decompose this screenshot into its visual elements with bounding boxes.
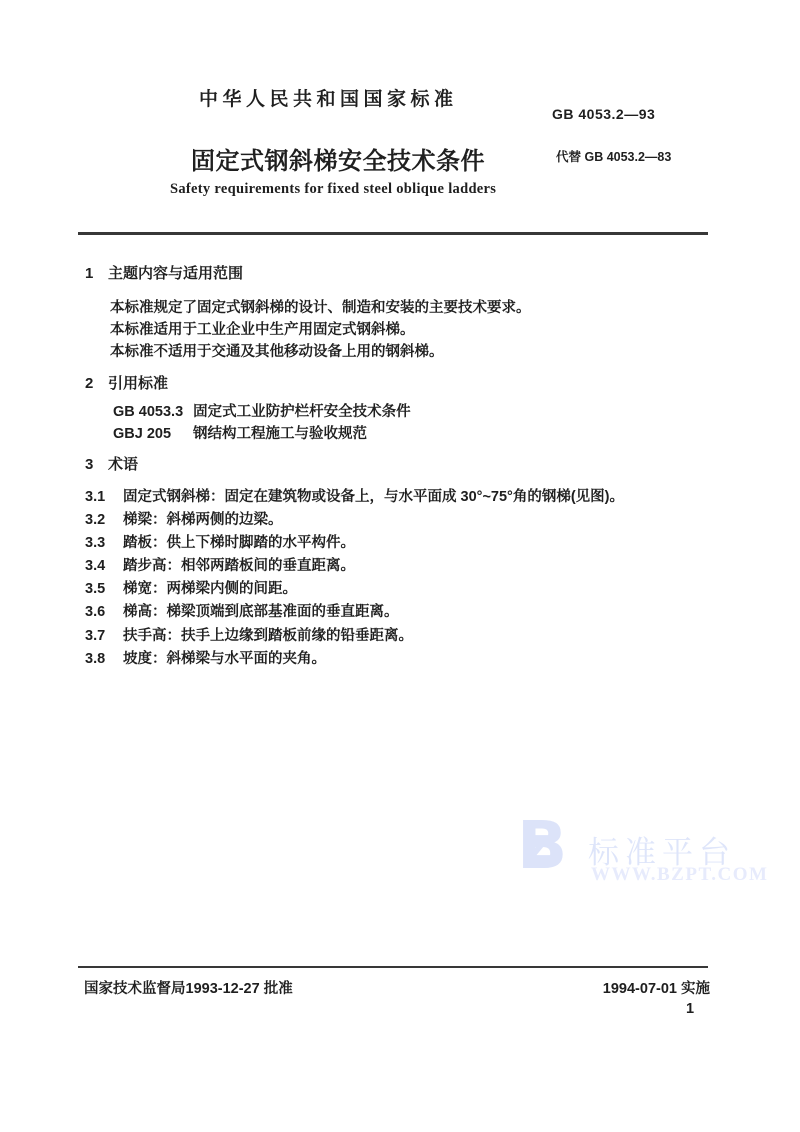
term-item: 3.3踏板：供上下梯时脚踏的水平构件。 [85,531,355,552]
footer-rule [78,966,708,968]
section-3-heading: 3术语 [85,453,138,474]
reference-item: GBJ 205钢结构工程施工与验收规范 [113,422,367,443]
paragraph: 本标准适用于工业企业中生产用固定式钢斜梯。 [110,318,415,339]
term-number: 3.4 [85,558,123,574]
footer-implementation-date: 1994-07-01 实施 [603,977,710,998]
term-text: 梯宽：两梯梁内侧的间距。 [123,581,297,597]
term-text: 梯高：梯梁顶端到底部基准面的垂直距离。 [123,604,399,620]
document-page: B Z 标准平台 WWW.BZPT.COM 中华人民共和国国家标准 GB 405… [0,0,800,1132]
term-number: 3.8 [85,651,123,667]
section-number: 2 [85,375,108,392]
page-number: 1 [686,1001,694,1017]
svg-text:Z: Z [527,829,552,869]
term-number: 3.7 [85,628,123,644]
section-2-heading: 2引用标准 [85,372,168,393]
term-text: 踏步高：相邻两踏板间的垂直距离。 [123,558,355,574]
term-item: 3.5梯宽：两梯梁内侧的间距。 [85,577,297,598]
paragraph: 本标准规定了固定式钢斜梯的设计、制造和安装的主要技术要求。 [110,296,531,317]
term-number: 3.6 [85,604,123,620]
term-item: 3.8坡度：斜梯梁与水平面的夹角。 [85,647,326,668]
term-text: 扶手高：扶手上边缘到踏板前缘的铅垂距离。 [123,628,413,644]
watermark-url: WWW.BZPT.COM [591,864,768,886]
term-item: 3.1固定式钢斜梯：固定在建筑物或设备上，与水平面成 30°~75°角的钢梯(见… [85,485,624,506]
section-number: 1 [85,265,108,282]
header-rule [78,232,708,235]
term-number: 3.1 [85,489,123,505]
term-text: 踏板：供上下梯时脚踏的水平构件。 [123,535,355,551]
section-heading-text: 术语 [108,456,138,473]
footer-approval: 国家技术监督局1993-12-27 批准 [84,977,293,998]
reference-code: GB 4053.3 [113,404,183,420]
reference-code: GBJ 205 [113,426,183,442]
reference-item: GB 4053.3固定式工业防护栏杆安全技术条件 [113,400,411,421]
section-number: 3 [85,456,108,473]
national-standard-label: 中华人民共和国国家标准 [199,84,458,111]
standard-code: GB 4053.2—93 [552,106,655,122]
section-1-heading: 1主题内容与适用范围 [85,262,243,283]
term-item: 3.2梯梁：斜梯两侧的边梁。 [85,508,283,529]
term-item: 3.4踏步高：相邻两踏板间的垂直距离。 [85,554,355,575]
term-number: 3.2 [85,512,123,528]
bzpt-logo-icon: B Z [516,814,580,881]
paragraph: 本标准不适用于交通及其他移动设备上用的钢斜梯。 [110,340,444,361]
section-heading-text: 引用标准 [108,375,168,392]
term-item: 3.6梯高：梯梁顶端到底部基准面的垂直距离。 [85,600,399,621]
section-heading-text: 主题内容与适用范围 [108,265,243,282]
document-title: 固定式钢斜梯安全技术条件 [191,141,485,176]
term-text: 固定式钢斜梯：固定在建筑物或设备上，与水平面成 30°~75°角的钢梯(见图)。 [123,489,624,505]
term-number: 3.3 [85,535,123,551]
reference-title: 固定式工业防护栏杆安全技术条件 [193,404,411,420]
reference-title: 钢结构工程施工与验收规范 [193,426,367,442]
term-number: 3.5 [85,581,123,597]
term-item: 3.7扶手高：扶手上边缘到踏板前缘的铅垂距离。 [85,624,413,645]
english-title: Safety requirements for fixed steel obli… [170,181,496,198]
term-text: 梯梁：斜梯两侧的边梁。 [123,512,283,528]
term-text: 坡度：斜梯梁与水平面的夹角。 [123,651,326,667]
replaces-note: 代替 GB 4053.2—83 [556,147,671,165]
